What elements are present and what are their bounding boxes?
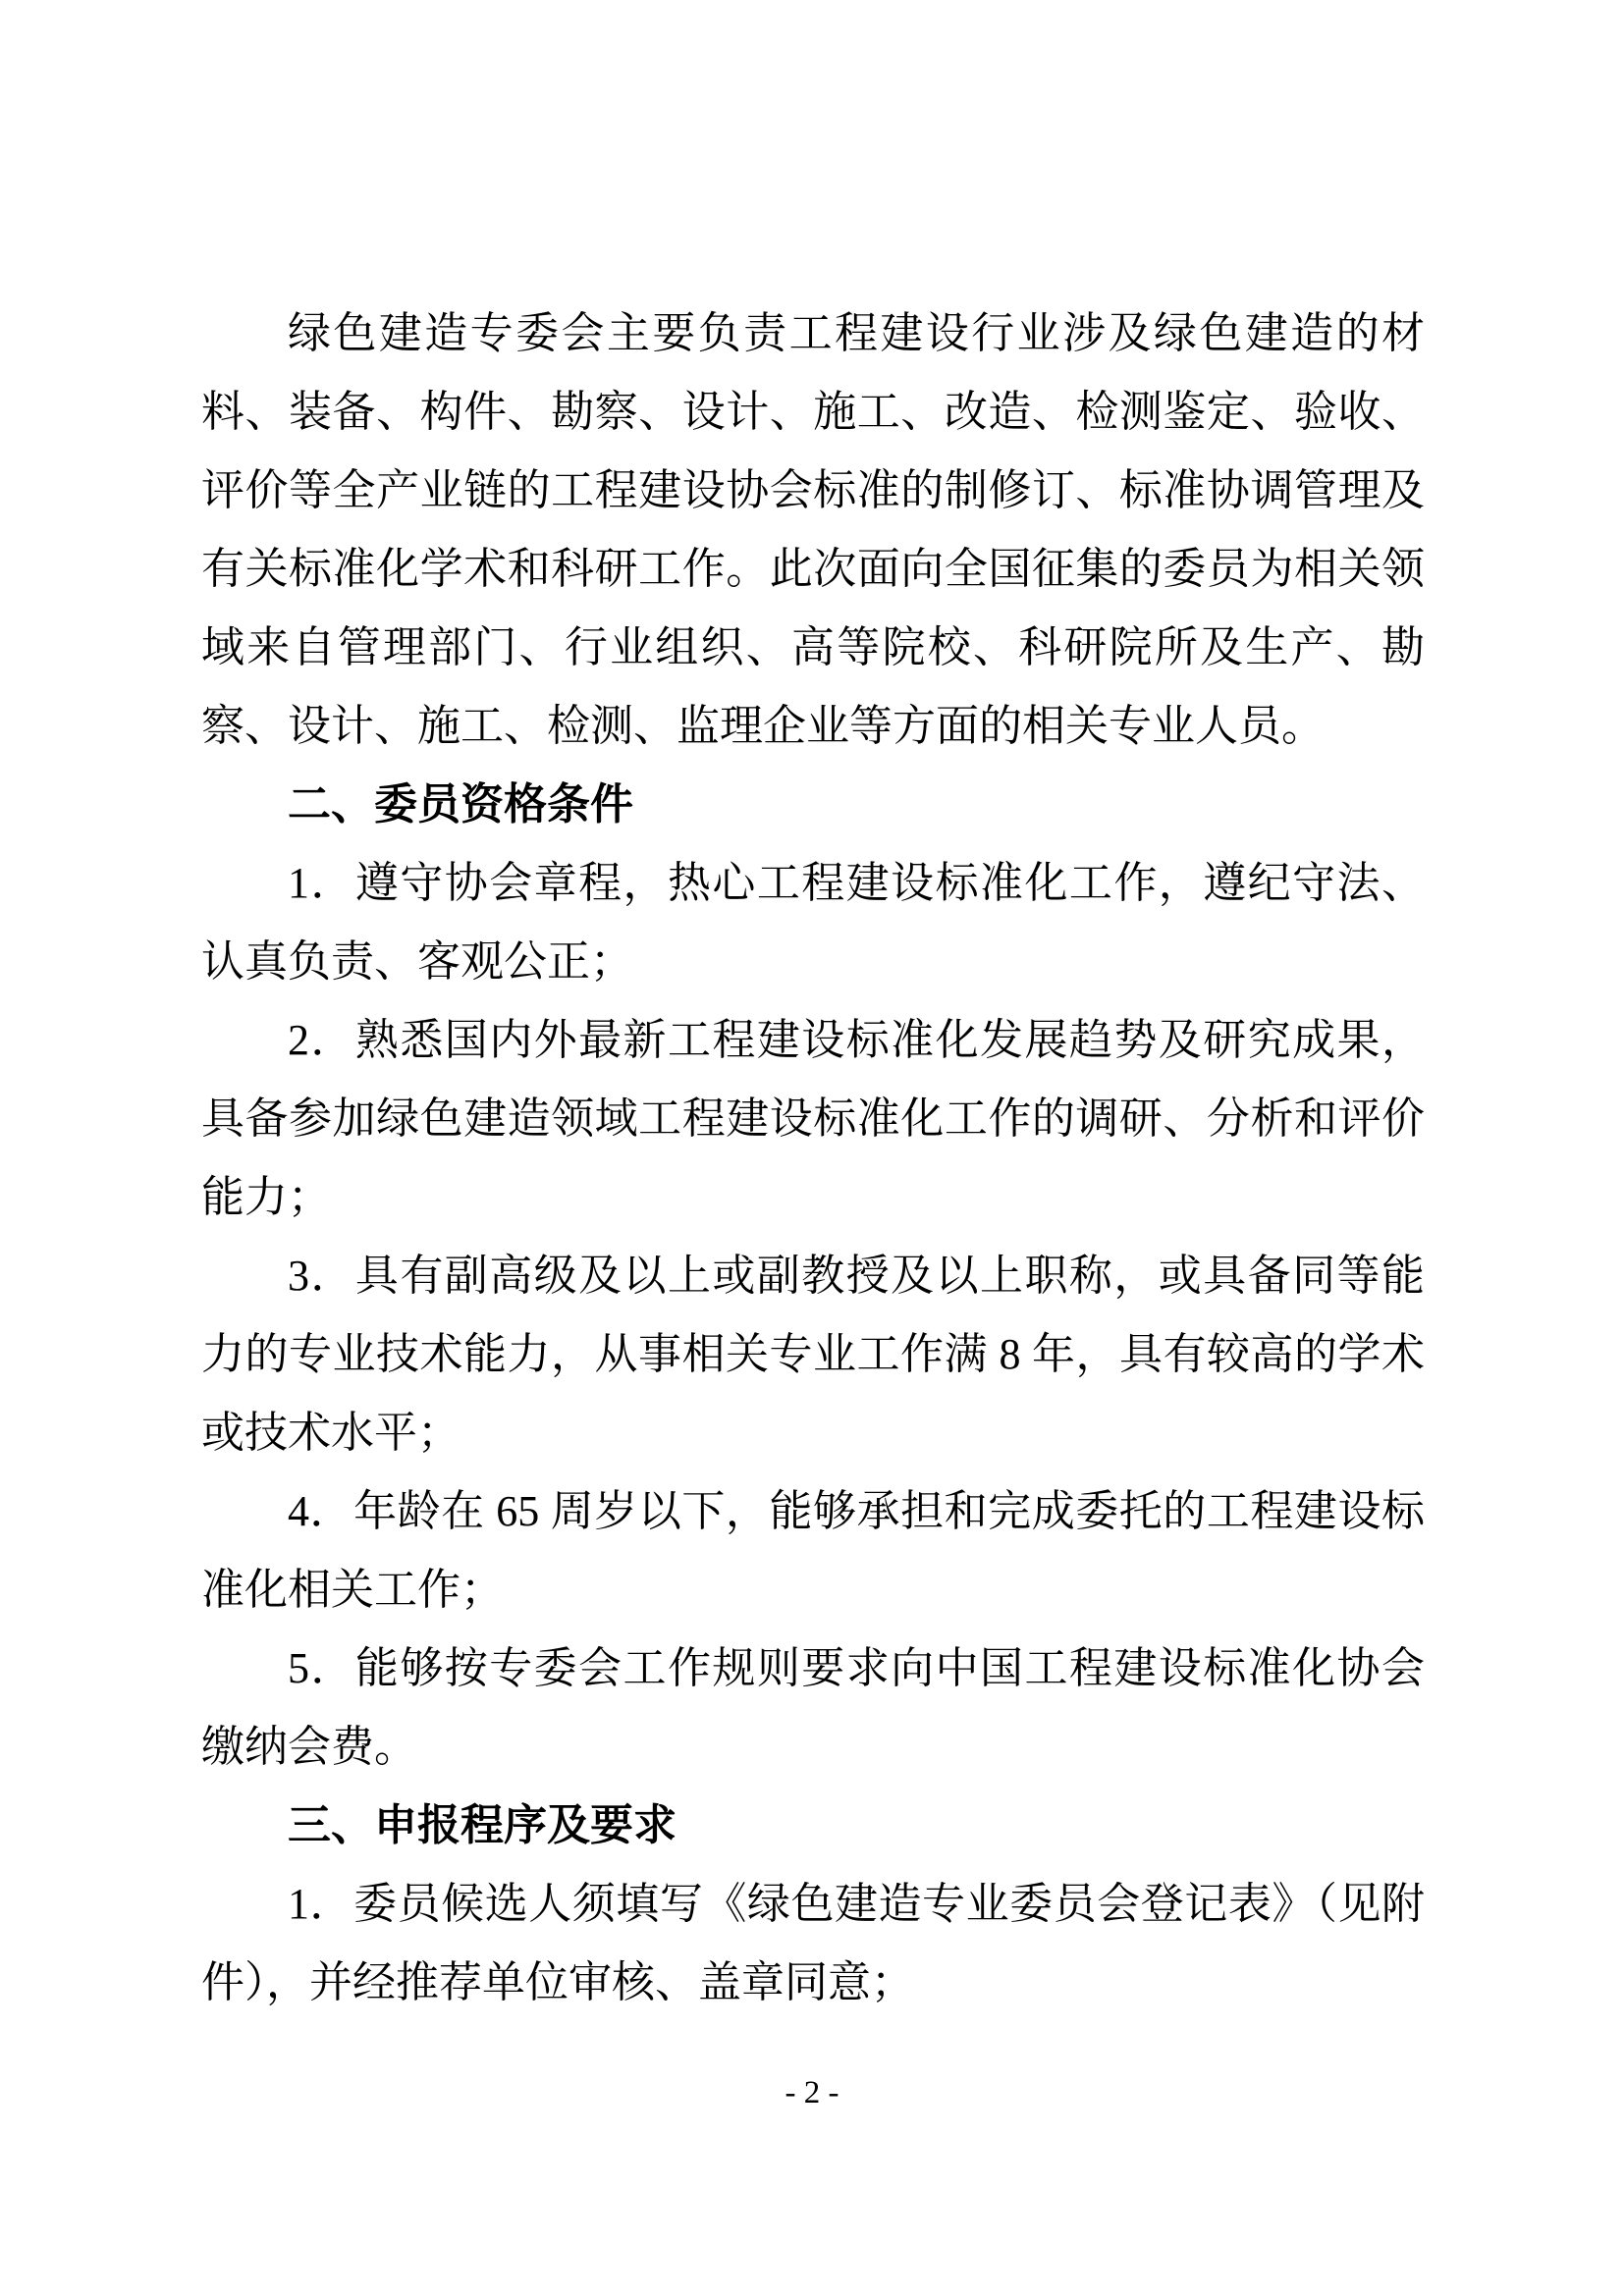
body-paragraph: 4．年龄在 65 周岁以下，能够承担和完成委托的工程建设标准化相关工作； bbox=[201, 1472, 1425, 1629]
section-heading: 二、委员资格条件 bbox=[201, 766, 1425, 844]
body-paragraph: 绿色建造专委会主要负责工程建设行业涉及绿色建造的材料、装备、构件、勘察、设计、施… bbox=[201, 294, 1425, 766]
page-number: - 2 - bbox=[0, 2073, 1624, 2112]
body-paragraph: 3．具有副高级及以上或副教授及以上职称，或具备同等能力的专业技术能力，从事相关专… bbox=[201, 1237, 1425, 1472]
body-paragraph: 2．熟悉国内外最新工程建设标准化发展趋势及研究成果，具备参加绿色建造领域工程建设… bbox=[201, 1001, 1425, 1237]
body-paragraph: 1．遵守协会章程，热心工程建设标准化工作，遵纪守法、认真负责、客观公正； bbox=[201, 844, 1425, 1001]
body-paragraph: 5．能够按专委会工作规则要求向中国工程建设标准化协会缴纳会费。 bbox=[201, 1629, 1425, 1787]
body-paragraph: 1．委员候选人须填写《绿色建造专业委员会登记表》（见附件），并经推荐单位审核、盖… bbox=[201, 1865, 1425, 2022]
document-page: 绿色建造专委会主要负责工程建设行业涉及绿色建造的材料、装备、构件、勘察、设计、施… bbox=[0, 0, 1624, 2296]
document-content: 绿色建造专委会主要负责工程建设行业涉及绿色建造的材料、装备、构件、勘察、设计、施… bbox=[201, 294, 1425, 2022]
section-heading: 三、申报程序及要求 bbox=[201, 1787, 1425, 1865]
